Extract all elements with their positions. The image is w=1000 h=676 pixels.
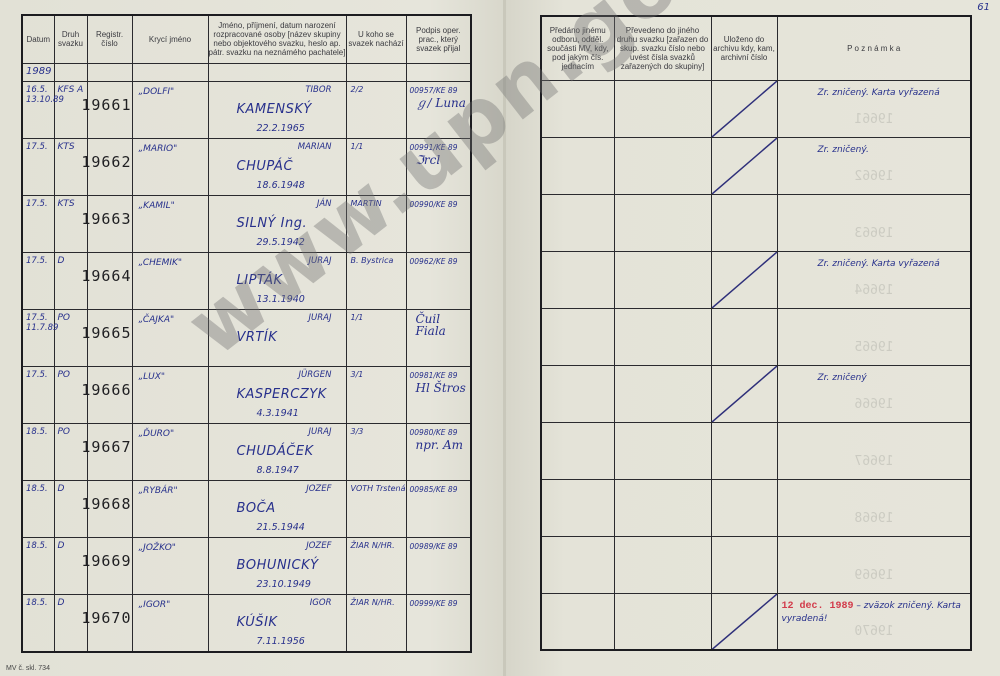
register-row: Zr. zničený. Karta vyřazená19664: [541, 251, 971, 308]
person-cell: MARIANCHUPÁČ18.6.1948: [209, 139, 346, 195]
entry-date: 18.5.: [23, 595, 54, 608]
officer-signature-cell: 00957/KE 89ℊ/ Luna: [407, 82, 471, 109]
converted-cell: [614, 80, 711, 137]
register-row: 17.5.KTS19662„MARIO"MARIANCHUPÁČ18.6.194…: [22, 138, 471, 195]
note-cell: 19669: [777, 536, 971, 593]
register-row: Zr. zničený.19662: [541, 137, 971, 194]
officer-signature-cell: 00990/KE 89: [407, 196, 471, 211]
converted-cell: [614, 422, 711, 479]
file-location: ŽIAR N/HR.: [347, 595, 406, 607]
registration-number: 19664: [81, 267, 131, 285]
date-of-birth: 29.5.1942: [257, 237, 305, 248]
surname: CHUDÁČEK: [237, 444, 314, 459]
file-type: D: [55, 538, 87, 551]
file-location: 1/1: [347, 139, 406, 151]
first-name: JURAJ: [309, 427, 332, 437]
file-type: PO: [55, 310, 87, 323]
person-cell: JURAJCHUDÁČEK8.8.1947: [209, 424, 346, 480]
archived-cell: [711, 308, 777, 365]
note-cell: Zr. zničený19666: [777, 365, 971, 422]
receipt-number: 00985/KE 89: [410, 485, 458, 494]
first-name: IGOR: [310, 598, 332, 608]
converted-cell: [614, 194, 711, 251]
person-cell: TIBORKAMENSKÝ22.2.1965: [209, 82, 346, 138]
first-name: JOZEF: [306, 484, 331, 494]
file-location: 2/2: [347, 82, 406, 94]
entry-date: 17.5.: [23, 139, 54, 152]
file-type: D: [55, 481, 87, 494]
first-name: JURAJ: [309, 313, 332, 323]
note-cell: 19663: [777, 194, 971, 251]
slash-mark: [712, 81, 777, 137]
person-cell: JURAJLIPTÁK13.1.1940: [209, 253, 346, 309]
officer-signature-cell: 00999/KE 89: [407, 595, 471, 610]
header-poznamka: P o z n á m k a: [777, 16, 971, 80]
file-type: PO: [55, 424, 87, 437]
register-row: 18.5.PO19667„ĎURO"JURAJCHUDÁČEK8.8.19473…: [22, 423, 471, 480]
converted-cell: [614, 479, 711, 536]
archived-cell: [711, 137, 777, 194]
file-location: 3/1: [347, 367, 406, 379]
signature: ℊ/ Luna: [410, 97, 471, 109]
surname: KAMENSKÝ: [237, 102, 312, 117]
cover-name: „DOLFI": [133, 82, 208, 97]
surname: LIPTÁK: [237, 273, 283, 288]
register-row: 16.5. 13.10.89KFS A19661„DOLFI"TIBORKAME…: [22, 81, 471, 138]
officer-signature-cell: 00962/KE 89: [407, 253, 471, 268]
note-cell: 12 dec. 1989 – zväzok zničený. Karta vyr…: [777, 593, 971, 650]
note-cell: Zr. zničený. Karta vyřazená19664: [777, 251, 971, 308]
date-of-birth: 23.10.1949: [257, 579, 311, 590]
entry-date: 17.5. 11.7.89: [23, 310, 54, 333]
register-row: 19663: [541, 194, 971, 251]
date-of-birth: 4.3.1941: [257, 408, 299, 419]
bleed-through-number: 19664: [854, 283, 893, 298]
form-footer: MV č. skl. 734: [6, 665, 50, 672]
header-jmeno: Jméno, příjmení, datum narození rozpraco…: [208, 15, 346, 63]
register-row: Zr. zničený. Karta vyřazená19661: [541, 80, 971, 137]
register-row: 17.5.PO19666„LUX"JÜRGENKASPERCZYK4.3.194…: [22, 366, 471, 423]
file-type: KFS A: [55, 82, 87, 95]
surname: KASPERCZYK: [237, 387, 327, 402]
officer-signature-cell: 00980/KE 89npr. Am: [407, 424, 471, 451]
file-location: 3/3: [347, 424, 406, 436]
file-type: D: [55, 253, 87, 266]
surname: KÚŠIK: [237, 615, 278, 630]
surname: SILNÝ Ing.: [237, 216, 308, 231]
slash-mark: [712, 594, 777, 650]
note-cell: 19668: [777, 479, 971, 536]
surname: VRTÍK: [237, 330, 278, 345]
receipt-number: 00989/KE 89: [410, 542, 458, 551]
entry-date: 17.5.: [23, 367, 54, 380]
bleed-through-number: 19669: [854, 568, 893, 583]
file-type: D: [55, 595, 87, 608]
converted-cell: [614, 593, 711, 650]
note-cell: 19665: [777, 308, 971, 365]
registration-number: 19667: [81, 438, 131, 456]
entry-date: 18.5.: [23, 538, 54, 551]
officer-signature-cell: Čuil Fiala: [407, 310, 471, 337]
slash-mark: [712, 366, 777, 422]
registration-number: 19665: [81, 324, 131, 342]
register-row: 19667: [541, 422, 971, 479]
registration-number: 19661: [81, 96, 131, 114]
register-row: 19665: [541, 308, 971, 365]
receipt-number: 00962/KE 89: [410, 257, 458, 266]
entry-date: 17.5.: [23, 196, 54, 209]
date-of-birth: 18.6.1948: [257, 180, 305, 191]
cover-name: „IGOR": [133, 595, 208, 610]
archived-cell: [711, 365, 777, 422]
header-prevedeno: Převedeno do jiného druhu svazku [zařaze…: [614, 16, 711, 80]
file-location: B. Bystrica: [347, 253, 406, 265]
surname: BOČA: [237, 501, 276, 516]
file-location: 1/1: [347, 310, 406, 322]
archived-cell: [711, 536, 777, 593]
date-of-birth: 8.8.1947: [257, 465, 299, 476]
note-text: Zr. zničený. Karta vyřazená: [818, 88, 940, 98]
slash-mark: [712, 138, 777, 194]
cover-name: „MARIO": [133, 139, 208, 154]
converted-cell: [614, 536, 711, 593]
transferred-cell: [541, 365, 614, 422]
person-cell: JÁNSILNÝ Ing.29.5.1942: [209, 196, 346, 252]
register-row: Zr. zničený19666: [541, 365, 971, 422]
entry-date: 18.5.: [23, 424, 54, 437]
note-text: Zr. zničený.: [818, 145, 869, 155]
register-table-left: Datum Druh svazku Registr. číslo Krycí j…: [21, 14, 472, 653]
transferred-cell: [541, 251, 614, 308]
signature: npr. Am: [410, 439, 471, 451]
transferred-cell: [541, 422, 614, 479]
bleed-through-number: 19665: [854, 340, 893, 355]
file-location: VOTH Trstená: [347, 481, 406, 493]
transferred-cell: [541, 137, 614, 194]
date-of-birth: 21.5.1944: [257, 522, 305, 533]
register-row: 19668: [541, 479, 971, 536]
surname: BOHUNICKÝ: [237, 558, 319, 573]
signature: Hl Štros: [410, 382, 471, 394]
officer-signature-cell: 00991/KE 89ℑrcl: [407, 139, 471, 166]
bleed-through-number: 19668: [854, 511, 893, 526]
register-row: 17.5.D19664„CHEMIK"JURAJLIPTÁK13.1.1940B…: [22, 252, 471, 309]
first-name: JÜRGEN: [299, 370, 332, 380]
file-type: KTS: [55, 196, 87, 209]
note-cell: 19667: [777, 422, 971, 479]
note-text: Zr. zničený: [818, 373, 867, 383]
cover-name: „KAMIL": [133, 196, 208, 211]
page-number: 61: [977, 2, 990, 13]
header-u-koho: U koho se svazek nachází: [346, 15, 406, 63]
archived-cell: [711, 80, 777, 137]
first-name: JÁN: [317, 199, 332, 209]
header-kryci-jmeno: Krycí jméno: [132, 15, 208, 63]
header-predano: Předáno jinému odboru, odděl. součásti M…: [541, 16, 614, 80]
register-table-right: Předáno jinému odboru, odděl. součásti M…: [540, 15, 972, 651]
archived-cell: [711, 479, 777, 536]
transferred-cell: [541, 194, 614, 251]
header-podpis: Podpis oper. prac., který svazek přijal: [406, 15, 471, 63]
bleed-through-number: 19662: [854, 169, 893, 184]
receipt-number: 00991/KE 89: [410, 143, 458, 152]
cover-name: „ČAJKA": [133, 310, 208, 325]
register-row: 17.5. 11.7.89PO19665„ČAJKA"JURAJVRTÍK1/1…: [22, 309, 471, 366]
registration-number: 19668: [81, 495, 131, 513]
header-druh-svazku: Druh svazku: [54, 15, 87, 63]
surname: CHUPÁČ: [237, 159, 294, 174]
cover-name: „ĎURO": [133, 424, 208, 439]
registration-number: 19666: [81, 381, 131, 399]
first-name: JOZEF: [306, 541, 331, 551]
person-cell: JÜRGENKASPERCZYK4.3.1941: [209, 367, 346, 423]
receipt-number: 00990/KE 89: [410, 200, 458, 209]
archived-cell: [711, 251, 777, 308]
archived-cell: [711, 593, 777, 650]
transferred-cell: [541, 593, 614, 650]
transferred-cell: [541, 479, 614, 536]
header-row: Předáno jinému odboru, odděl. součásti M…: [541, 16, 971, 80]
registration-number: 19663: [81, 210, 131, 228]
header-row: Datum Druh svazku Registr. číslo Krycí j…: [22, 15, 471, 63]
signature: Čuil Fiala: [410, 313, 471, 337]
note-cell: Zr. zničený. Karta vyřazená19661: [777, 80, 971, 137]
date-stamp: 12 dec. 1989: [782, 601, 854, 612]
entry-date: 18.5.: [23, 481, 54, 494]
first-name: JURAJ: [309, 256, 332, 266]
receipt-number: 00999/KE 89: [410, 599, 458, 608]
bleed-through-number: 19663: [854, 226, 893, 241]
archived-cell: [711, 422, 777, 479]
register-row: 12 dec. 1989 – zväzok zničený. Karta vyr…: [541, 593, 971, 650]
cover-name: „LUX": [133, 367, 208, 382]
cover-name: „RYBÁR": [133, 481, 208, 496]
date-of-birth: 13.1.1940: [257, 294, 305, 305]
first-name: TIBOR: [305, 85, 331, 95]
converted-cell: [614, 308, 711, 365]
person-cell: JURAJVRTÍK: [209, 310, 346, 366]
cover-name: „CHEMIK": [133, 253, 208, 268]
receipt-number: 00981/KE 89: [410, 371, 458, 380]
year-row: 1989: [22, 63, 471, 81]
register-row: 18.5.D19670„IGOR"IGORKÚŠIK7.11.1956ŽIAR …: [22, 594, 471, 652]
year-label: 1989: [23, 64, 54, 77]
file-type: KTS: [55, 139, 87, 152]
registration-number: 19669: [81, 552, 131, 570]
bleed-through-number: 19666: [854, 397, 893, 412]
header-ulozeno: Uloženo do archivu kdy, kam, archivní čí…: [711, 16, 777, 80]
entry-date: 17.5.: [23, 253, 54, 266]
transferred-cell: [541, 80, 614, 137]
registration-number: 19662: [81, 153, 131, 171]
person-cell: JOZEFBOHUNICKÝ23.10.1949: [209, 538, 346, 594]
officer-signature-cell: 00985/KE 89: [407, 481, 471, 496]
transferred-cell: [541, 308, 614, 365]
date-of-birth: 22.2.1965: [257, 123, 305, 134]
register-row: 17.5.KTS19663„KAMIL"JÁNSILNÝ Ing.29.5.19…: [22, 195, 471, 252]
converted-cell: [614, 137, 711, 194]
file-type: PO: [55, 367, 87, 380]
bleed-through-number: 19670: [854, 624, 893, 639]
entry-date: 16.5. 13.10.89: [23, 82, 54, 105]
register-row: 19669: [541, 536, 971, 593]
officer-signature-cell: 00981/KE 89Hl Štros: [407, 367, 471, 394]
book-spine: [503, 0, 506, 676]
archived-cell: [711, 194, 777, 251]
slash-mark: [712, 252, 777, 308]
note-text: Zr. zničený. Karta vyřazená: [818, 259, 940, 269]
person-cell: JOZEFBOČA21.5.1944: [209, 481, 346, 537]
converted-cell: [614, 251, 711, 308]
cover-name: „JOŽKO": [133, 538, 208, 553]
officer-signature-cell: 00989/KE 89: [407, 538, 471, 553]
note-cell: Zr. zničený.19662: [777, 137, 971, 194]
registration-number: 19670: [81, 609, 131, 627]
register-row: 18.5.D19668„RYBÁR"JOZEFBOČA21.5.1944VOTH…: [22, 480, 471, 537]
first-name: MARIAN: [298, 142, 332, 152]
receipt-number: 00957/KE 89: [410, 86, 458, 95]
header-registr-cislo: Registr. číslo: [87, 15, 132, 63]
receipt-number: 00980/KE 89: [410, 428, 458, 437]
date-of-birth: 7.11.1956: [257, 636, 305, 647]
transferred-cell: [541, 536, 614, 593]
signature: ℑrcl: [410, 154, 471, 166]
header-datum: Datum: [22, 15, 54, 63]
register-row: 18.5.D19669„JOŽKO"JOZEFBOHUNICKÝ23.10.19…: [22, 537, 471, 594]
converted-cell: [614, 365, 711, 422]
person-cell: IGORKÚŠIK7.11.1956: [209, 595, 346, 651]
bleed-through-number: 19661: [854, 112, 893, 127]
file-location: ŽIAR N/HR.: [347, 538, 406, 550]
bleed-through-number: 19667: [854, 454, 893, 469]
file-location: MARTIN: [347, 196, 406, 208]
